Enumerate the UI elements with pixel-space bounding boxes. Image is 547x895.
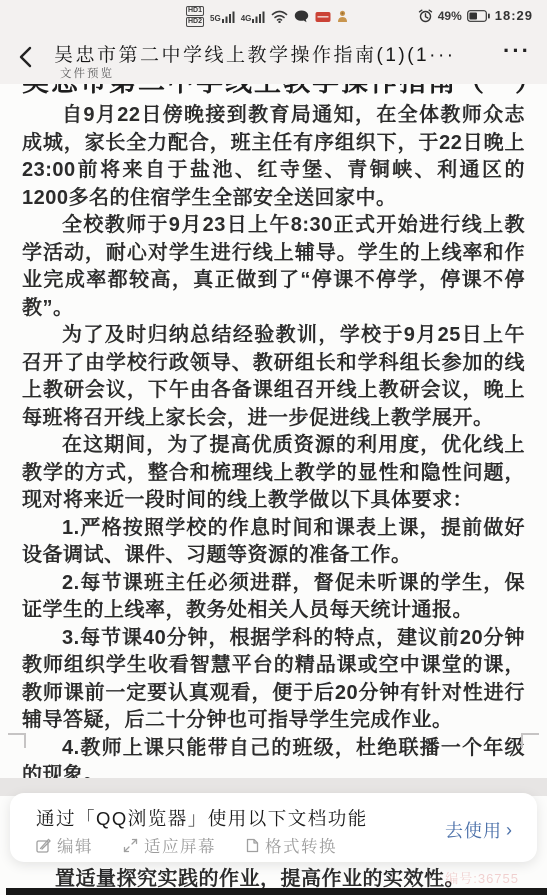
more-menu-button[interactable]: ···: [503, 38, 531, 64]
file-preview-screen: HD1 HD2 5G 4G 49% 18:29: [0, 0, 547, 895]
red-card-icon: [315, 11, 331, 23]
feature-label: 编辑: [57, 833, 93, 857]
doc-paragraph: 在这期间，为了提高优质资源的利用度，优化线上教学的方式，整合和梳理线上教学的显性…: [22, 432, 525, 515]
battery-icon: [467, 10, 490, 22]
doc-paragraph: 2.每节课班主任必须进群，督促未听课的学生，保证学生的上线率，教务处相关人员每天…: [22, 570, 525, 625]
doc-paragraph: 3.每节课40分钟，根据学科的特点，建议前20分钟教师组织学生收看智慧平台的精品…: [22, 625, 525, 735]
status-bar: HD1 HD2 5G 4G 49% 18:29: [0, 0, 547, 36]
document-title-text: 吴忠市第二中学线上教学操作指南（一）: [22, 84, 525, 97]
signal-bars-icon: [222, 11, 235, 23]
watermark: 编号:36755: [445, 868, 519, 887]
clock-time: 18:29: [495, 8, 533, 23]
status-icons-left: HD1 HD2 5G 4G: [186, 6, 348, 27]
hd1-icon: HD1: [186, 6, 204, 16]
feature-label: 适应屏幕: [144, 833, 216, 857]
go-use-button[interactable]: 去使用 ›: [445, 817, 513, 843]
format-convert-feature-button[interactable]: 格式转换: [246, 833, 337, 857]
signal-5g: 5G: [210, 11, 235, 23]
chevron-right-icon: ›: [506, 820, 513, 841]
orange-app-icon: [337, 10, 348, 23]
doc-paragraph: 自9月22日傍晚接到教育局通知，在全体教师众志成城，家长全力配合，班主任有序组织…: [22, 102, 525, 212]
doc-paragraph: 1.严格按照学校的作息时间和课表上课，提前做好设备调试、课件、习题等资源的准备工…: [22, 515, 525, 570]
message-bubble-icon: [294, 10, 309, 23]
screen-bottom-edge: [6, 888, 547, 895]
page-corner-mark-left: [8, 733, 26, 748]
preview-header: 吴忠市第二中学线上教学操作指南(1)(1··· 文件预览 ···: [0, 36, 547, 84]
document-scroll-area[interactable]: 吴忠市第二中学线上教学操作指南（一） 自9月22日傍晚接到教育局通知，在全体教师…: [0, 84, 547, 845]
hd-voice-icons: HD1 HD2: [186, 6, 204, 27]
format-convert-icon: [246, 838, 259, 853]
edit-feature-button[interactable]: 编辑: [36, 833, 93, 857]
qq-browser-promo-card: 通过「QQ浏览器」使用以下文档功能 去使用 › 编辑 适应屏幕 格式转换: [10, 793, 537, 862]
preview-mode-label: 文件预览: [60, 65, 114, 81]
battery-percent: 49%: [438, 9, 462, 23]
fit-screen-feature-button[interactable]: 适应屏幕: [123, 833, 216, 857]
back-button[interactable]: [14, 44, 40, 70]
edit-icon: [36, 838, 51, 853]
signal-4g: 4G: [241, 11, 266, 23]
signal-bars-icon: [252, 11, 265, 23]
status-icons-right: 49% 18:29: [418, 8, 533, 23]
doc-paragraph: 全校教师于9月23日上午8:30正式开始进行线上教学活动，耐心对学生进行线上辅导…: [22, 212, 525, 322]
alarm-clock-icon: [418, 9, 433, 23]
promo-title: 通过「QQ浏览器」使用以下文档功能: [36, 805, 368, 831]
page-corner-mark-right: [521, 733, 539, 748]
wifi-icon: [271, 10, 288, 23]
chevron-left-icon: [14, 44, 40, 70]
fit-screen-icon: [123, 838, 138, 853]
file-title: 吴忠市第二中学线上教学操作指南(1)(1···: [54, 40, 454, 67]
promo-feature-list: 编辑 适应屏幕 格式转换: [36, 833, 337, 857]
feature-label: 格式转换: [265, 833, 337, 857]
doc-paragraph: 为了及时归纳总结经验教训，学校于9月25日上午召开了由学校行政领导、教研组长和学…: [22, 322, 525, 432]
hd2-icon: HD2: [186, 17, 204, 27]
document-title-clipped: 吴忠市第二中学线上教学操作指南（一）: [22, 84, 525, 99]
